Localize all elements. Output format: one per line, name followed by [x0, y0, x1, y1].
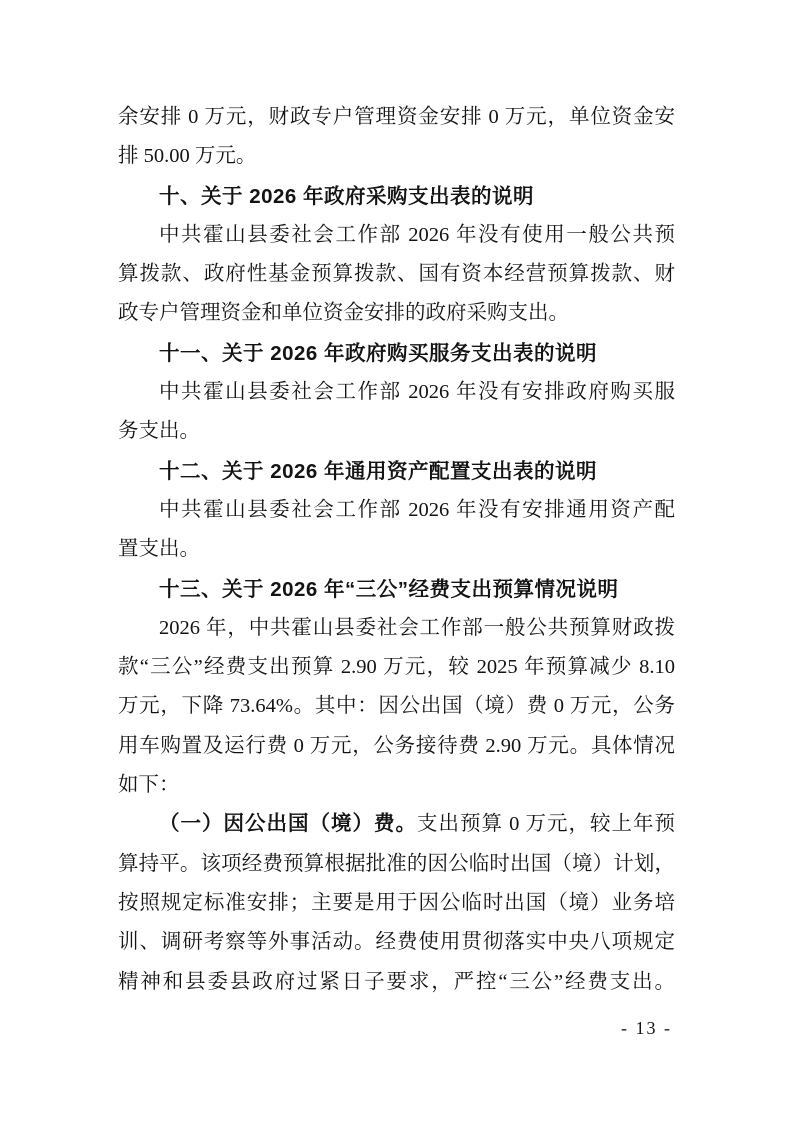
- page-number: - 13 -: [621, 1018, 672, 1039]
- paragraph-line: （一）因公出国（境）费。支出预算 0 万元，较上年预: [118, 805, 675, 844]
- paragraph-line: 训、调研考察等外事活动。经费使用贯彻落实中央八项规定: [118, 923, 675, 962]
- paragraph-line: 2026 年，中共霍山县委社会工作部一般公共预算财政拨: [118, 609, 675, 648]
- paragraph-line: 万元，下降 73.64%。其中：因公出国（境）费 0 万元，公务: [118, 687, 675, 726]
- document-text-block: 余安排 0 万元，财政专户管理资金安排 0 万元，单位资金安 排 50.00 万…: [118, 98, 675, 1002]
- paragraph-line: 如下：: [118, 766, 675, 805]
- paragraph-line: 用车购置及运行费 0 万元，公务接待费 2.90 万元。具体情况: [118, 727, 675, 766]
- paragraph-line: 算持平。该项经费预算根据批准的因公临时出国（境）计划，: [118, 845, 675, 884]
- section-heading-10: 十、关于 2026 年政府采购支出表的说明: [118, 177, 675, 216]
- paragraph-line: 务支出。: [118, 412, 675, 451]
- paragraph-line: 排 50.00 万元。: [118, 137, 675, 176]
- paragraph-line: 按照规定标准安排；主要是用于因公临时出国（境）业务培: [118, 884, 675, 923]
- section-heading-13: 十三、关于 2026 年“三公”经费支出预算情况说明: [118, 570, 675, 609]
- paragraph-line: 算拨款、政府性基金预算拨款、国有资本经营预算拨款、财: [118, 255, 675, 294]
- paragraph-line: 政专户管理资金和单位资金安排的政府采购支出。: [118, 294, 675, 333]
- paragraph-line: 中共霍山县委社会工作部 2026 年没有安排政府购买服: [118, 373, 675, 412]
- section-heading-12: 十二、关于 2026 年通用资产配置支出表的说明: [118, 452, 675, 491]
- paragraph-line: 款“三公”经费支出预算 2.90 万元，较 2025 年预算减少 8.10: [118, 648, 675, 687]
- section-heading-11: 十一、关于 2026 年政府购买服务支出表的说明: [118, 334, 675, 373]
- subitem-title: （一）因公出国（境）费。: [159, 813, 417, 835]
- paragraph-line: 置支出。: [118, 530, 675, 569]
- paragraph-line: 余安排 0 万元，财政专户管理资金安排 0 万元，单位资金安: [118, 98, 675, 137]
- paragraph-line: 精神和县委县政府过紧日子要求，严控“三公”经费支出。: [118, 963, 675, 1002]
- document-page: 余安排 0 万元，财政专户管理资金安排 0 万元，单位资金安 排 50.00 万…: [0, 0, 793, 1122]
- subitem-text: 支出预算 0 万元，较上年预: [417, 813, 675, 835]
- paragraph-line: 中共霍山县委社会工作部 2026 年没有使用一般公共预: [118, 216, 675, 255]
- paragraph-line: 中共霍山县委社会工作部 2026 年没有安排通用资产配: [118, 491, 675, 530]
